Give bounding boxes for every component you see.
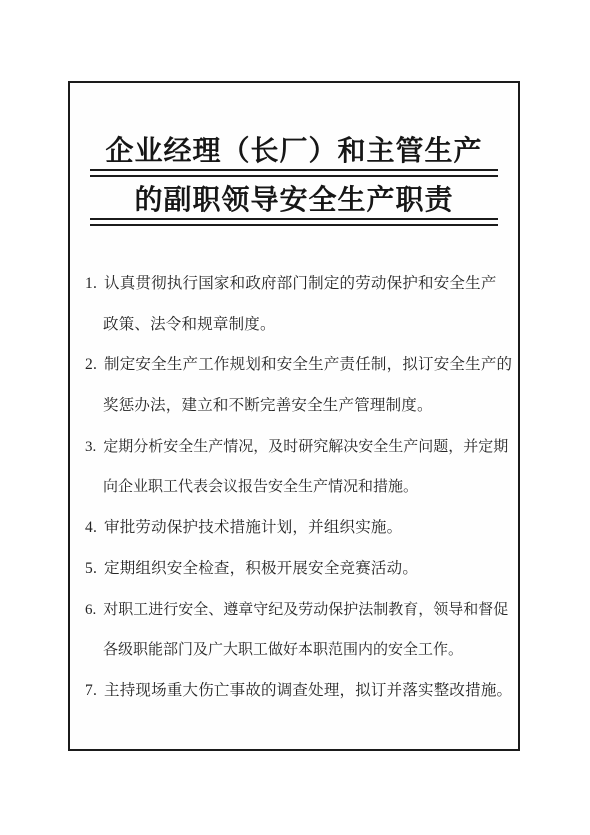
item-text-continuation: 各级职能部门及广大职工做好本职范围内的安全工作。: [70, 630, 518, 671]
duty-item-7: 7.主持现场重大伤亡事故的调查处理，拟订并落实整改措施。: [70, 671, 518, 712]
item-text: 认真贯彻执行国家和政府部门制定的劳动保护和安全生产: [104, 275, 497, 292]
duty-item-2: 2.制定安全生产工作规划和安全生产责任制，拟订安全生产的 奖惩办法，建立和不断完…: [70, 345, 518, 426]
duty-item-3: 3.定期分析安全生产情况，及时研究解决安全生产问题，并定期 向企业职工代表会议报…: [70, 427, 518, 508]
item-number: 6.: [85, 590, 96, 631]
item-number: 4.: [85, 508, 97, 549]
item-line: 4.审批劳动保护技术措施计划，并组织实施。: [70, 508, 518, 549]
title-underline-2: [90, 218, 498, 226]
item-line: 2.制定安全生产工作规划和安全生产责任制，拟订安全生产的: [70, 345, 518, 386]
item-text: 主持现场重大伤亡事故的调查处理，拟订并落实整改措施。: [104, 682, 512, 699]
item-number: 1.: [85, 264, 97, 305]
item-number: 3.: [85, 427, 96, 468]
duty-item-4: 4.审批劳动保护技术措施计划，并组织实施。: [70, 508, 518, 549]
document-border-frame: 企业经理（长厂）和主管生产 的副职领导安全生产职责 1.认真贯彻执行国家和政府部…: [68, 81, 520, 751]
duty-list: 1.认真贯彻执行国家和政府部门制定的劳动保护和安全生产 政策、法令和规章制度。 …: [70, 264, 518, 712]
item-number: 2.: [85, 345, 97, 386]
title-underline-1: [90, 169, 498, 177]
item-line: 5.定期组织安全检查，积极开展安全竞赛活动。: [70, 549, 518, 590]
item-text: 定期分析安全生产情况，及时研究解决安全生产问题，并定期: [103, 439, 508, 455]
duty-item-5: 5.定期组织安全检查，积极开展安全竞赛活动。: [70, 549, 518, 590]
duty-item-6: 6.对职工进行安全、遵章守纪及劳动保护法制教育，领导和督促 各级职能部门及广大职…: [70, 590, 518, 671]
item-text-continuation: 向企业职工代表会议报告安全生产情况和措施。: [70, 467, 518, 508]
item-line: 6.对职工进行安全、遵章守纪及劳动保护法制教育，领导和督促: [70, 590, 518, 631]
document-page: 企业经理（长厂）和主管生产 的副职领导安全生产职责 1.认真贯彻执行国家和政府部…: [0, 0, 590, 835]
item-line: 1.认真贯彻执行国家和政府部门制定的劳动保护和安全生产: [70, 264, 518, 305]
item-text-continuation: 奖惩办法，建立和不断完善安全生产管理制度。: [70, 386, 518, 427]
document-title: 企业经理（长厂）和主管生产 的副职领导安全生产职责: [70, 136, 518, 226]
item-text: 制定安全生产工作规划和安全生产责任制，拟订安全生产的: [104, 356, 512, 373]
duty-item-1: 1.认真贯彻执行国家和政府部门制定的劳动保护和安全生产 政策、法令和规章制度。: [70, 264, 518, 345]
item-text: 定期组织安全检查，积极开展安全竞赛活动。: [104, 560, 418, 577]
item-text: 审批劳动保护技术措施计划，并组织实施。: [104, 519, 402, 536]
item-text-continuation: 政策、法令和规章制度。: [70, 305, 518, 346]
title-line-2: 的副职领导安全生产职责: [70, 185, 518, 216]
item-line: 3.定期分析安全生产情况，及时研究解决安全生产问题，并定期: [70, 427, 518, 468]
item-text: 对职工进行安全、遵章守纪及劳动保护法制教育，领导和督促: [103, 602, 508, 618]
item-line: 7.主持现场重大伤亡事故的调查处理，拟订并落实整改措施。: [70, 671, 518, 712]
item-number: 5.: [85, 549, 97, 590]
title-line-1: 企业经理（长厂）和主管生产: [70, 136, 518, 167]
item-number: 7.: [85, 671, 97, 712]
